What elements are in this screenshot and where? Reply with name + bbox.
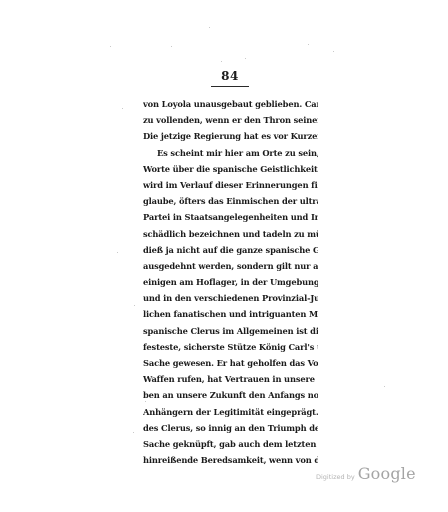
digitized-by-google-watermark: Digitized by Google bbox=[316, 464, 416, 483]
text-line: hinreißende Beredsamkeit, wenn von der K… bbox=[143, 452, 318, 468]
text-line: Worte über die spanische Geistlichkeit z… bbox=[143, 161, 318, 177]
text-line: festeste, sicherste Stütze König Carl's … bbox=[143, 339, 318, 355]
page-number-rule bbox=[211, 86, 249, 87]
text-line: Partei in Staatsangelegenheiten und Intr… bbox=[143, 209, 318, 225]
text-line: dieß ja nicht auf die ganze spanische Ge… bbox=[143, 242, 318, 258]
text-line: einigen am Hoflager, in der Umgebung des… bbox=[143, 274, 318, 290]
text-line: des Clerus, so innig an den Triumph der … bbox=[143, 420, 318, 436]
google-logo: Google bbox=[358, 464, 416, 483]
text-line: glaube, öfters das Einmischen der ultra-… bbox=[143, 193, 318, 209]
text-line: und in den verschiedenen Provinzial-Junt… bbox=[143, 290, 318, 306]
text-line: von Loyola unausgebaut geblieben. Carl V… bbox=[143, 96, 318, 112]
body-text: von Loyola unausgebaut geblieben. Carl V… bbox=[143, 96, 318, 468]
text-line: Waffen rufen, hat Vertrauen in unsere Si… bbox=[143, 371, 318, 387]
text-line: Anhängern der Legitimität eingeprägt. Di… bbox=[143, 404, 318, 420]
text-line: Sache gewesen. Er hat geholfen das Volk … bbox=[143, 355, 318, 371]
text-line: wird im Verlauf dieser Erinnerungen find… bbox=[143, 177, 318, 193]
watermark-prefix: Digitized by bbox=[316, 473, 355, 481]
text-line: spanische Clerus im Allgemeinen ist die … bbox=[143, 323, 318, 339]
text-line: lichen fanatischen und intriguanten Mönc… bbox=[143, 306, 318, 322]
text-line: zu vollenden, wenn er den Thron seiner V… bbox=[143, 112, 318, 128]
book-page: 84 von Loyola unausgebaut geblieben. Car… bbox=[0, 0, 448, 512]
text-line: ben an unsere Zukunft den Anfangs noch s… bbox=[143, 387, 318, 403]
text-line: schädlich bezeichnen und tadeln zu müsse… bbox=[143, 226, 318, 242]
text-line: ausgedehnt werden, sondern gilt nur alle… bbox=[143, 258, 318, 274]
text-line: Die jetzige Regierung hat es vor Kurzem … bbox=[143, 128, 318, 144]
text-line: Sache geknüpft, gab auch dem letzten Dor… bbox=[143, 436, 318, 452]
text-line-paragraph-start: Es scheint mir hier am Orte zu sein, ein… bbox=[143, 145, 318, 161]
page-number: 84 bbox=[210, 69, 250, 83]
